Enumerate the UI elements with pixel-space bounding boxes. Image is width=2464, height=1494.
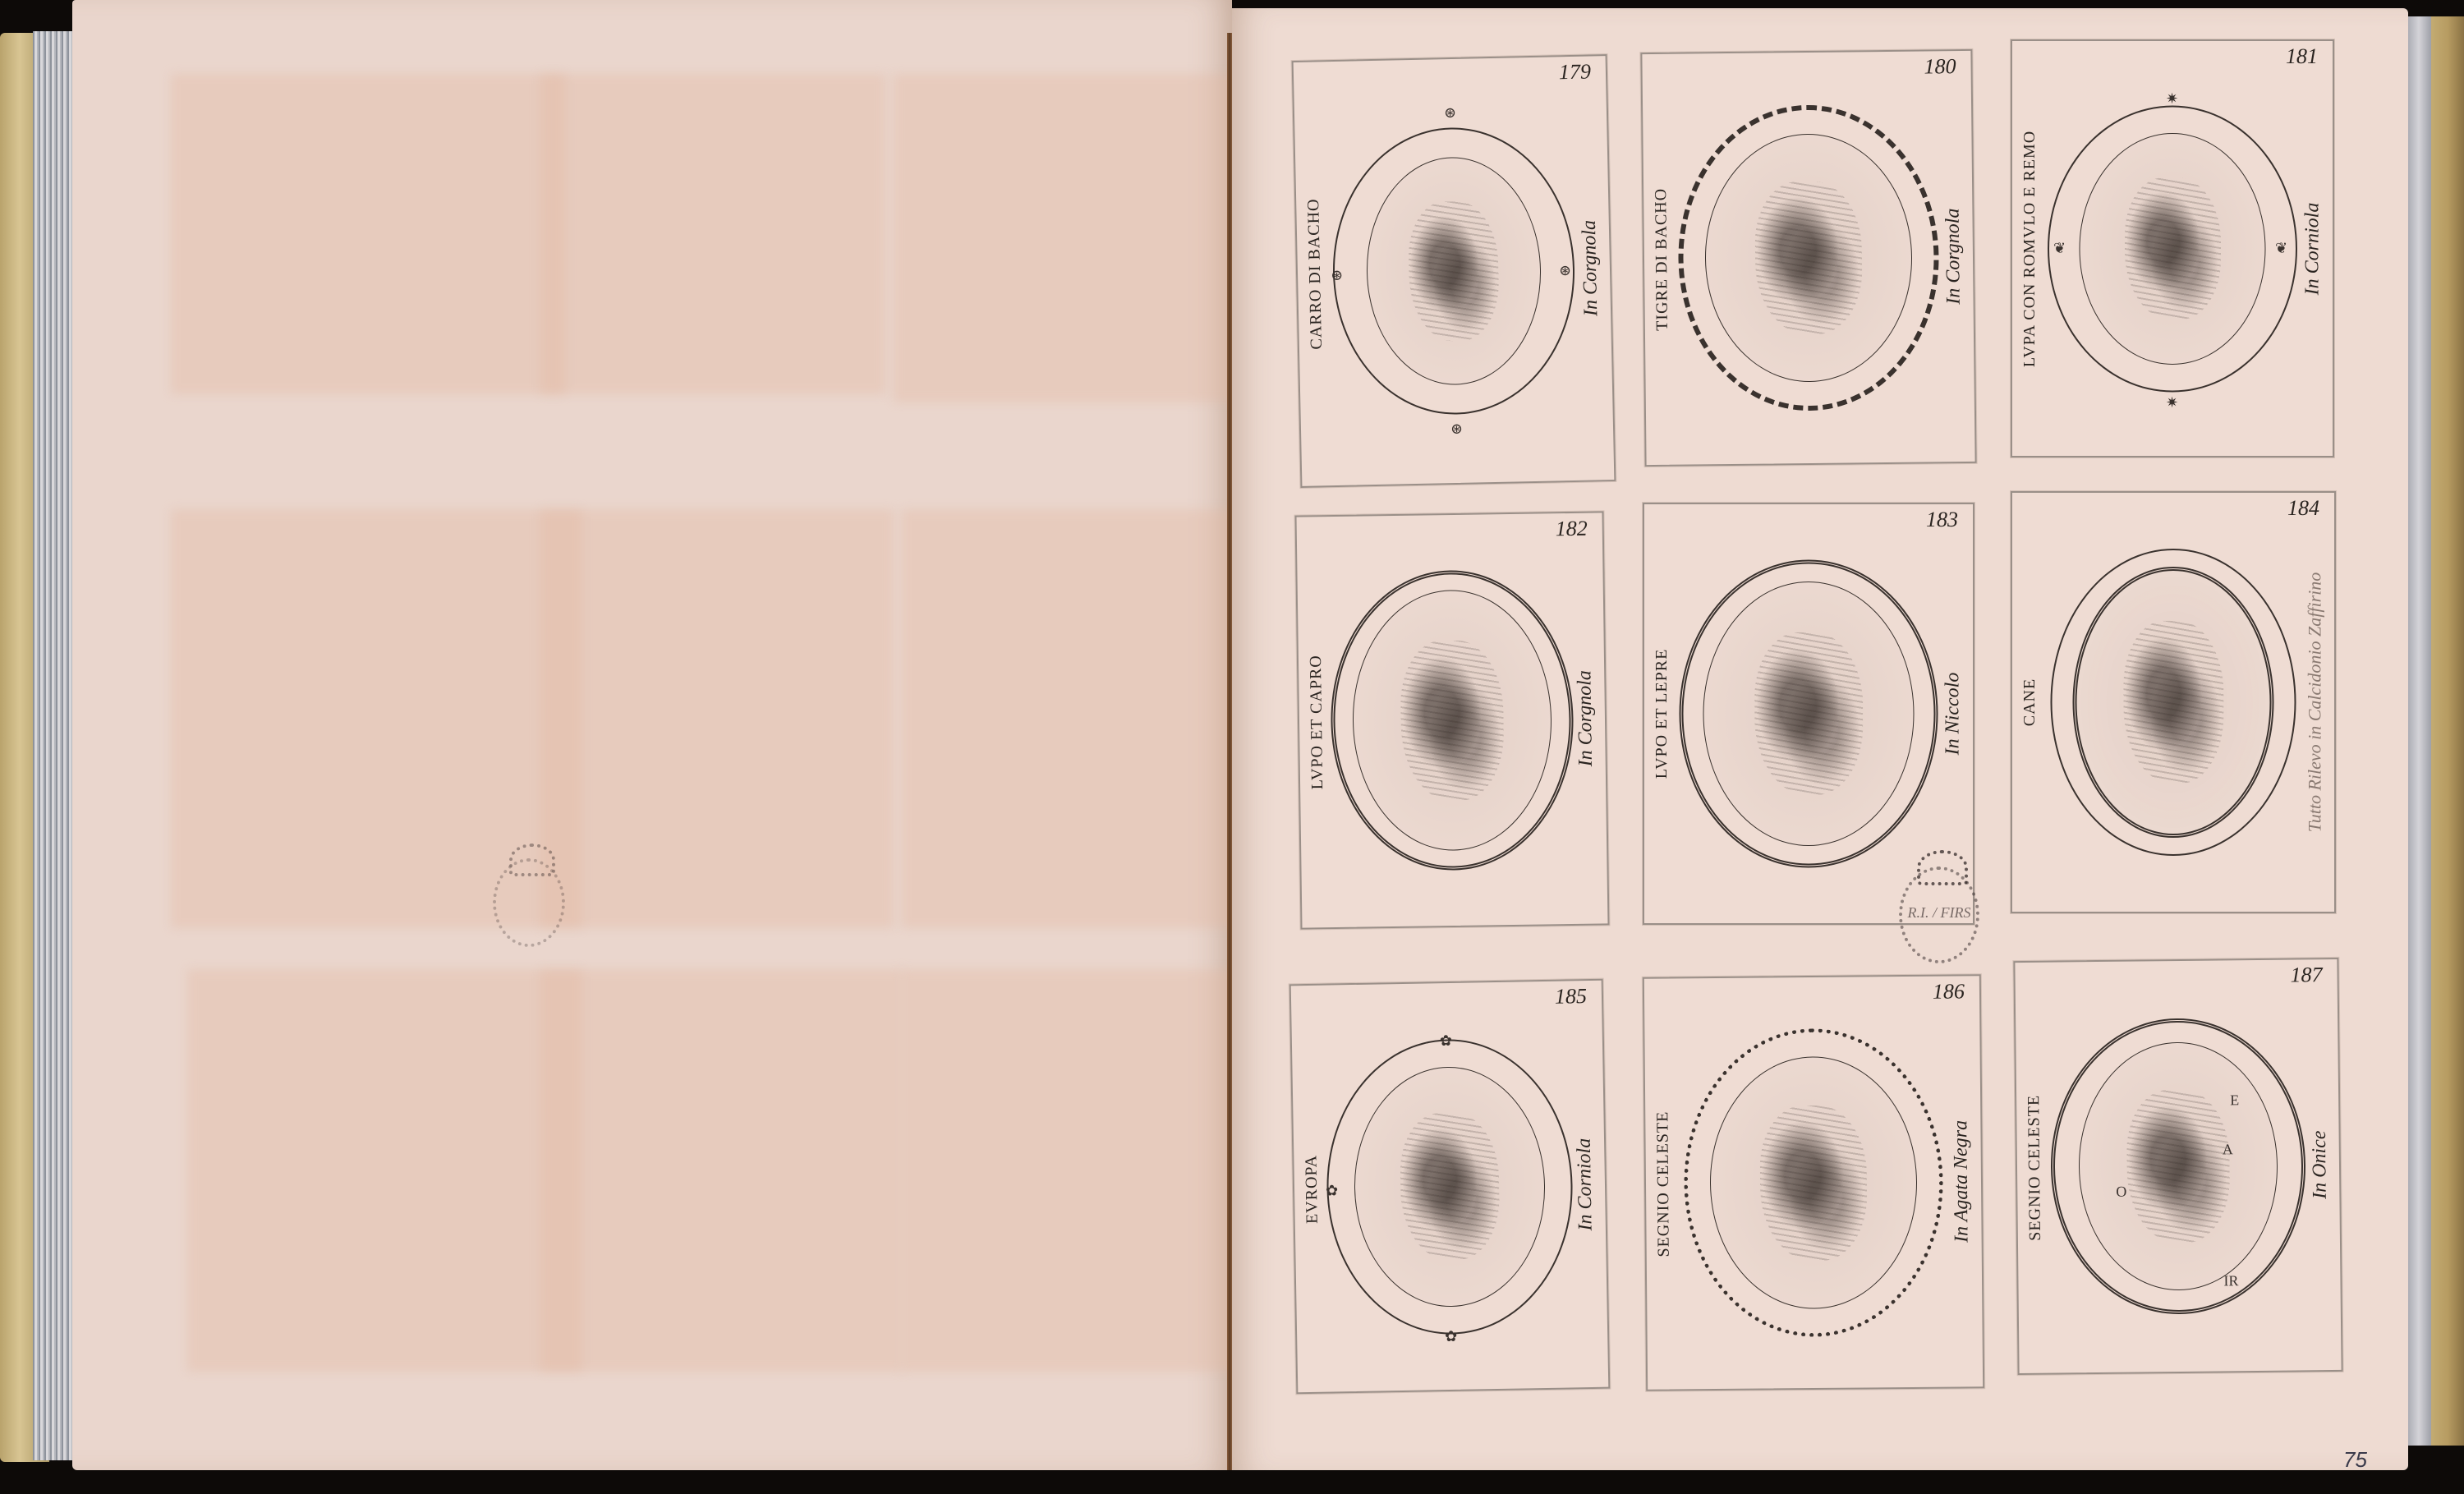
gem-field [1703,582,1915,846]
plate-title: SEGNIO CELESTE [1653,1111,1674,1257]
gem-plate-182: 182 LVPO ET CAPRO In Corgnola [1294,511,1609,929]
library-stamp-faint [493,858,565,947]
plate-title: TIGRE DI BACHO [1652,188,1672,331]
plate-title: LVPO ET LEPRE [1653,649,1671,779]
plate-number: 182 [1556,517,1588,542]
show-through-ghost [894,74,1255,402]
plate-title: EVROPA [1302,1154,1322,1224]
left-page [72,0,1232,1470]
gem-inscription-letter: O [2116,1184,2126,1201]
plate-material: In Agata Negra [1950,1120,1973,1243]
plate-number: 181 [2286,44,2318,69]
gem-field [1709,1055,1919,1309]
gem-plate-187: 187 SEGNIO CELESTE In Onice O IR A E [2013,958,2342,1375]
engraved-figure-helmet-wolf-hare [1754,632,1864,795]
engraved-figure-she-wolf-twins [2125,177,2221,320]
show-through-ghost [902,969,1255,1372]
page-edges-left [33,31,74,1460]
plate-number: 184 [2287,496,2319,521]
gem-plate-179: 179 CARRO DI BACHO In Corgnola ⊛ ⊛ ⊛ ⊛ [1292,54,1616,488]
gem-plate-180: 180 TIGRE DI BACHO In Corgnola [1640,49,1976,467]
engraved-figure-chariot [1408,200,1501,342]
rosette-icon: ✿ [1326,1182,1338,1199]
library-stamp: R.I. / FIRS [1899,867,1979,963]
plate-number: 180 [1924,54,1956,79]
plate-title: LVPO ET CAPRO [1307,655,1327,789]
gem-field [2077,1041,2278,1292]
fleuron-icon: ❦ [2275,240,2287,257]
show-through-ghost [902,509,1247,928]
gem-field [1703,133,1913,384]
engraved-figure-bull [1759,1105,1868,1261]
show-through-ghost [540,509,894,928]
plate-number: 187 [2290,963,2322,987]
plate-material: In Niccolo [1942,673,1965,756]
gem-inscription-letter: IR [2223,1272,2238,1289]
engraved-figure-tiger [1754,181,1863,334]
star-ornament-icon: ✷ [2166,90,2178,108]
plate-title: LVPA CON ROMVLO E REMO [2020,130,2039,366]
star-ornament-icon: ✷ [2166,394,2178,411]
gem-field [2080,133,2266,365]
fleuron-icon: ❦ [2053,240,2066,257]
plate-number: 185 [1555,984,1588,1009]
plate-number: 183 [1926,508,1958,532]
show-through-ghost [187,969,582,1372]
plate-material: In Onice [2309,1130,2332,1199]
stamp-text: R.I. / FIRS [1902,904,1976,922]
folio-number: 75 [2343,1447,2367,1473]
plate-material: In Corniola [2302,202,2324,295]
ornament-icon: ⊛ [1559,262,1572,279]
rosette-icon: ✿ [1445,1328,1457,1345]
plate-number: 179 [1559,59,1592,85]
engraved-figure-dog [2123,621,2223,784]
gem-plate-181: 181 LVPA CON ROMVLO E REMO In Corniola ✷… [2011,39,2334,457]
show-through-ghost [540,969,902,1372]
show-through-ghost [540,74,885,394]
show-through-ghost [171,74,565,394]
plate-number: 186 [1933,979,1965,1004]
plate-material: In Corgnola [1942,208,1965,304]
ornament-icon: ⊛ [1331,267,1344,284]
ornament-icon: ⊛ [1450,421,1464,438]
engraved-figure-europa-bull [1400,1112,1501,1262]
plate-material: Tutto Rilevo in Calcidonio Zaffirino [2305,572,2326,833]
gem-plate-186: 186 SEGNIO CELESTE In Agata Negra [1643,974,1984,1391]
rosette-icon: ✿ [1440,1032,1452,1050]
engraved-figure-wolf-goat [1400,639,1505,801]
gem-plate-184: 184 CANE Tutto Rilevo in Calcidonio Zaff… [2011,491,2336,913]
gem-inscription-letter: A [2223,1141,2233,1158]
gem-field [2073,567,2274,838]
plate-material: In Corgnola [1579,220,1602,317]
gem-inscription-letter: E [2230,1092,2239,1109]
plate-title: SEGNIO CELESTE [2025,1095,2045,1241]
plate-material: In Corniola [1574,1138,1597,1230]
ornament-icon: ⊛ [1444,104,1457,122]
gem-plate-185: 185 EVROPA In Corniola ✿ ✿ ✿ [1289,979,1611,1395]
plate-title: CARRO DI BACHO [1304,198,1326,349]
plate-title: CANE [2020,678,2039,726]
plate-material: In Corgnola [1574,670,1597,766]
page-edges-right [2407,16,2431,1446]
engraved-figure-bull [2126,1089,2231,1243]
